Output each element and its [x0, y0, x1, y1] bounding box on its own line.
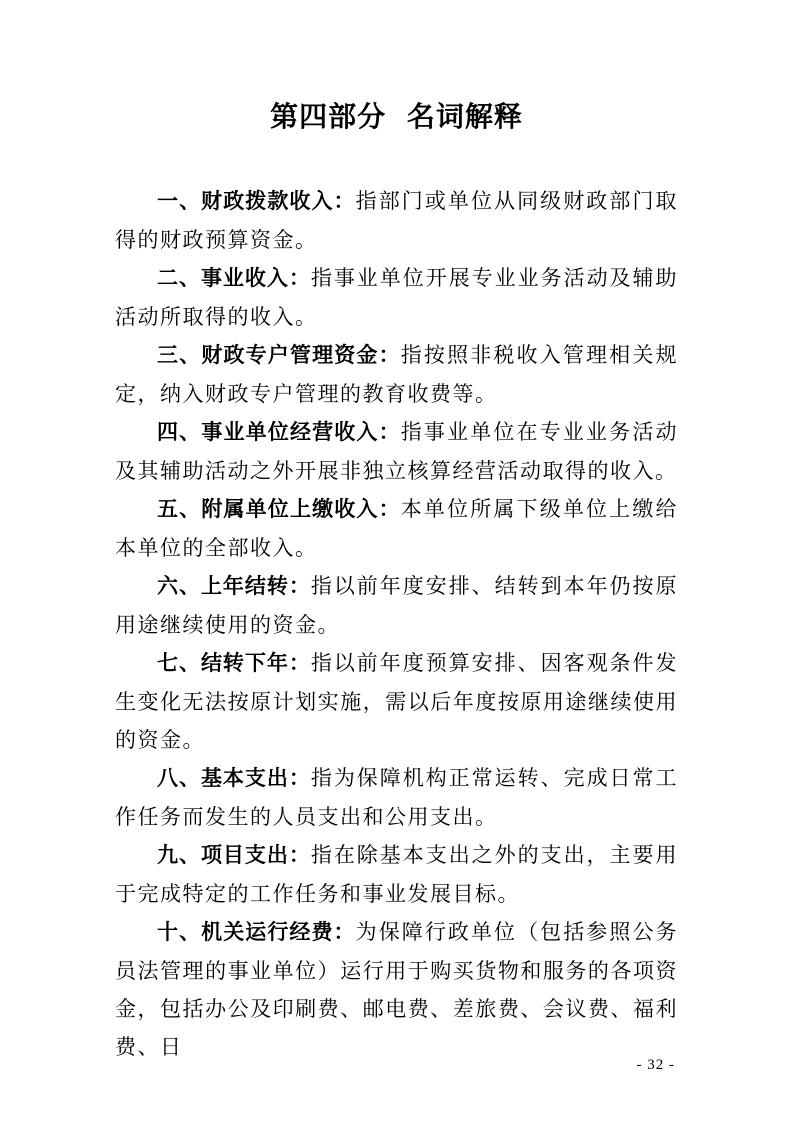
term-paragraph: 三、财政专户管理资金：指按照非税收入管理相关规定，纳入财政专户管理的教育收费等。 — [115, 336, 678, 413]
term-label: 一、财政拨款收入： — [157, 190, 356, 213]
term-label: 九、项目支出： — [157, 844, 311, 867]
term-paragraph: 二、事业收入：指事业单位开展专业业务活动及辅助活动所取得的收入。 — [115, 259, 678, 336]
term-label: 十、机关运行经费： — [157, 921, 356, 944]
term-paragraph: 七、结转下年：指以前年度预算安排、因客观条件发生变化无法按原计划实施，需以后年度… — [115, 644, 678, 759]
term-label: 六、上年结转： — [157, 575, 311, 598]
document-page: 第四部分 名词解释 一、财政拨款收入：指部门或单位从同级财政部门取得的财政预算资… — [0, 0, 793, 1122]
term-paragraph: 六、上年结转：指以前年度安排、结转到本年仍按原用途继续使用的资金。 — [115, 567, 678, 644]
term-label: 三、财政专户管理资金： — [157, 344, 401, 367]
page-title: 第四部分 名词解释 — [0, 101, 793, 133]
term-label: 二、事业收入： — [157, 267, 311, 290]
term-label: 七、结转下年： — [157, 652, 311, 675]
term-label: 八、基本支出： — [157, 767, 311, 790]
term-label: 四、事业单位经营收入： — [157, 421, 401, 444]
page-number: - 32 - — [637, 1056, 676, 1074]
definitions-list: 一、财政拨款收入：指部门或单位从同级财政部门取得的财政预算资金。二、事业收入：指… — [115, 182, 678, 1066]
term-label: 五、附属单位上缴收入： — [157, 498, 401, 521]
term-paragraph: 九、项目支出：指在除基本支出之外的支出，主要用于完成特定的工作任务和事业发展目标… — [115, 836, 678, 913]
term-paragraph: 八、基本支出：指为保障机构正常运转、完成日常工作任务而发生的人员支出和公用支出。 — [115, 759, 678, 836]
term-paragraph: 四、事业单位经营收入：指事业单位在专业业务活动及其辅助活动之外开展非独立核算经营… — [115, 413, 678, 490]
term-paragraph: 五、附属单位上缴收入：本单位所属下级单位上缴给本单位的全部收入。 — [115, 490, 678, 567]
term-paragraph: 一、财政拨款收入：指部门或单位从同级财政部门取得的财政预算资金。 — [115, 182, 678, 259]
term-paragraph: 十、机关运行经费：为保障行政单位（包括参照公务员法管理的事业单位）运行用于购买货… — [115, 913, 678, 1066]
